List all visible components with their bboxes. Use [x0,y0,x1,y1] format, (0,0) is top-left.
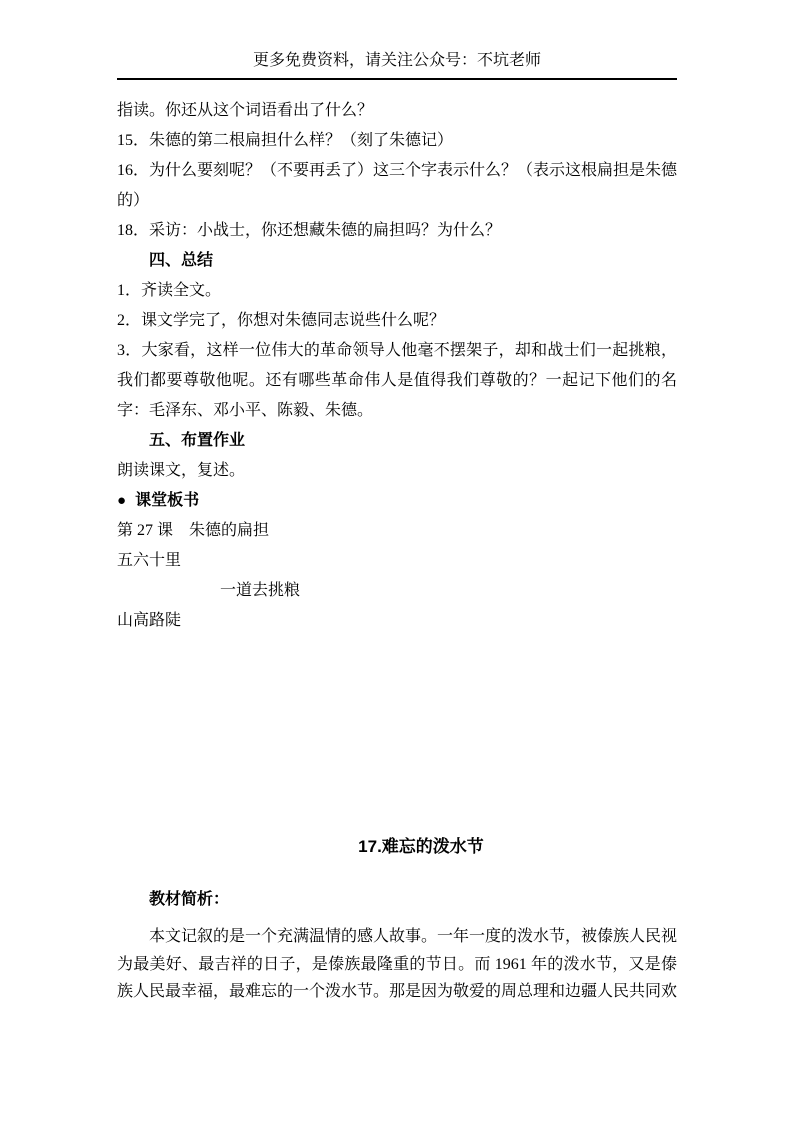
board-heading-label: 课堂板书 [135,492,199,509]
qa-item-16: 16．为什么要刻呢？（不要再丢了）这三个字表示什么？（表示这根扁担是朱德的） [117,156,677,216]
page-header: 更多免费资料，请关注公众号：不坑老师 [117,53,677,80]
board-line-lesson: 第 27 课 朱德的扁担 [117,516,677,546]
lesson-title: 17.难忘的泼水节 [141,833,701,861]
document-page: 更多免费资料，请关注公众号：不坑老师 指读。你还从这个词语看出了什么？ 15．朱… [0,0,793,1122]
section-heading-analysis: 教材简析： [117,886,677,914]
lesson27-section: 指读。你还从这个词语看出了什么？ 15．朱德的第二根扁担什么样？（刻了朱德记） … [117,96,677,636]
board-line-distance: 五六十里 [117,546,677,576]
board-line-mountain: 山高路陡 [117,606,677,636]
qa-item-18: 18．采访：小战士，你还想藏朱德的扁担吗？为什么？ [117,216,677,246]
section-heading-homework: 五、布置作业 [117,426,677,456]
homework-line: 朗读课文，复述。 [117,456,677,486]
summary-item-3: 3．大家看，这样一位伟大的革命领导人他毫不摆架子，却和战士们一起挑粮，我们都要尊… [117,336,677,426]
board-line-carry: 一道去挑粮 [117,576,677,606]
bullet-icon: ● [117,486,126,516]
section-heading-summary: 四、总结 [117,246,677,276]
summary-item-2: 2．课文学完了，你想对朱德同志说些什么呢？ [117,306,677,336]
header-notice: 更多免费资料，请关注公众号：不坑老师 [253,52,541,69]
board-heading: ●课堂板书 [117,486,677,516]
analysis-paragraph: 本文记叙的是一个充满温情的感人故事。一年一度的泼水节，被傣族人民视为最美好、最吉… [117,923,677,1006]
qa-item-15: 15．朱德的第二根扁担什么样？（刻了朱德记） [117,126,677,156]
lesson17-section: 17.难忘的泼水节 教材简析： 本文记叙的是一个充满温情的感人故事。一年一度的泼… [117,833,677,1006]
summary-item-1: 1．齐读全文。 [117,276,677,306]
continued-paragraph: 指读。你还从这个词语看出了什么？ [117,96,677,126]
